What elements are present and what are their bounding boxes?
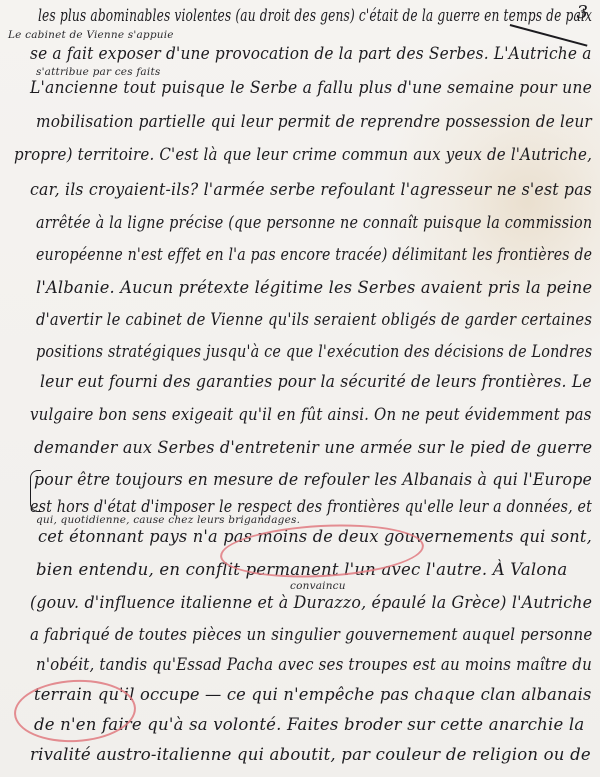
manuscript-line: se a fait exposer d'une provocation de l…: [30, 44, 592, 63]
manuscript-line: mobilisation partielle qui leur permit d…: [36, 112, 592, 131]
manuscript-line: car, ils croyaient-ils? l'armée serbe re…: [30, 180, 592, 199]
bracket-mark: [30, 470, 41, 512]
interlinear-insertion: s'attribue par ces faits: [36, 66, 160, 78]
manuscript-line: pour être toujours en mesure de refouler…: [34, 470, 592, 489]
interlinear-insertion: qui, quotidienne, cause chez leurs briga…: [36, 514, 300, 526]
manuscript-line: demander aux Serbes d'entretenir une arm…: [34, 438, 592, 457]
manuscript-line: européenne n'est effet en l'a pas encore…: [36, 245, 592, 264]
manuscript-page: 3 les plus abominables violentes (au dro…: [0, 0, 600, 777]
manuscript-line: arrêtée à la ligne précise (que personne…: [36, 213, 592, 232]
insertion-arrow: [510, 24, 588, 46]
manuscript-line: rivalité austro-italienne qui aboutit, p…: [30, 745, 591, 764]
red-circle-annotation: [12, 677, 137, 745]
manuscript-line: vulgaire bon sens exigeait qu'il en fût …: [30, 405, 592, 424]
superscript-insertion: convaincu: [290, 580, 346, 592]
manuscript-line: propre) territoire. C'est là que leur cr…: [14, 145, 592, 164]
manuscript-line: leur eut fourni des garanties pour la sé…: [40, 372, 592, 391]
manuscript-line: a fabriqué de toutes pièces un singulier…: [30, 625, 592, 644]
manuscript-line: les plus abominables violentes (au droit…: [38, 6, 592, 25]
manuscript-line: n'obéit, tandis qu'Essad Pacha avec ses …: [36, 655, 592, 674]
manuscript-line: l'Albanie. Aucun prétexte légitime les S…: [36, 278, 592, 297]
marginal-insertion: Le cabinet de Vienne s'appuie: [8, 29, 174, 41]
manuscript-line: d'avertir le cabinet de Vienne qu'ils se…: [36, 310, 592, 329]
manuscript-line: (gouv. d'influence italienne et à Durazz…: [30, 593, 592, 612]
manuscript-line: L'ancienne tout puisque le Serbe a fallu…: [30, 78, 592, 97]
manuscript-line: positions stratégiques jusqu'à ce que l'…: [36, 342, 592, 361]
